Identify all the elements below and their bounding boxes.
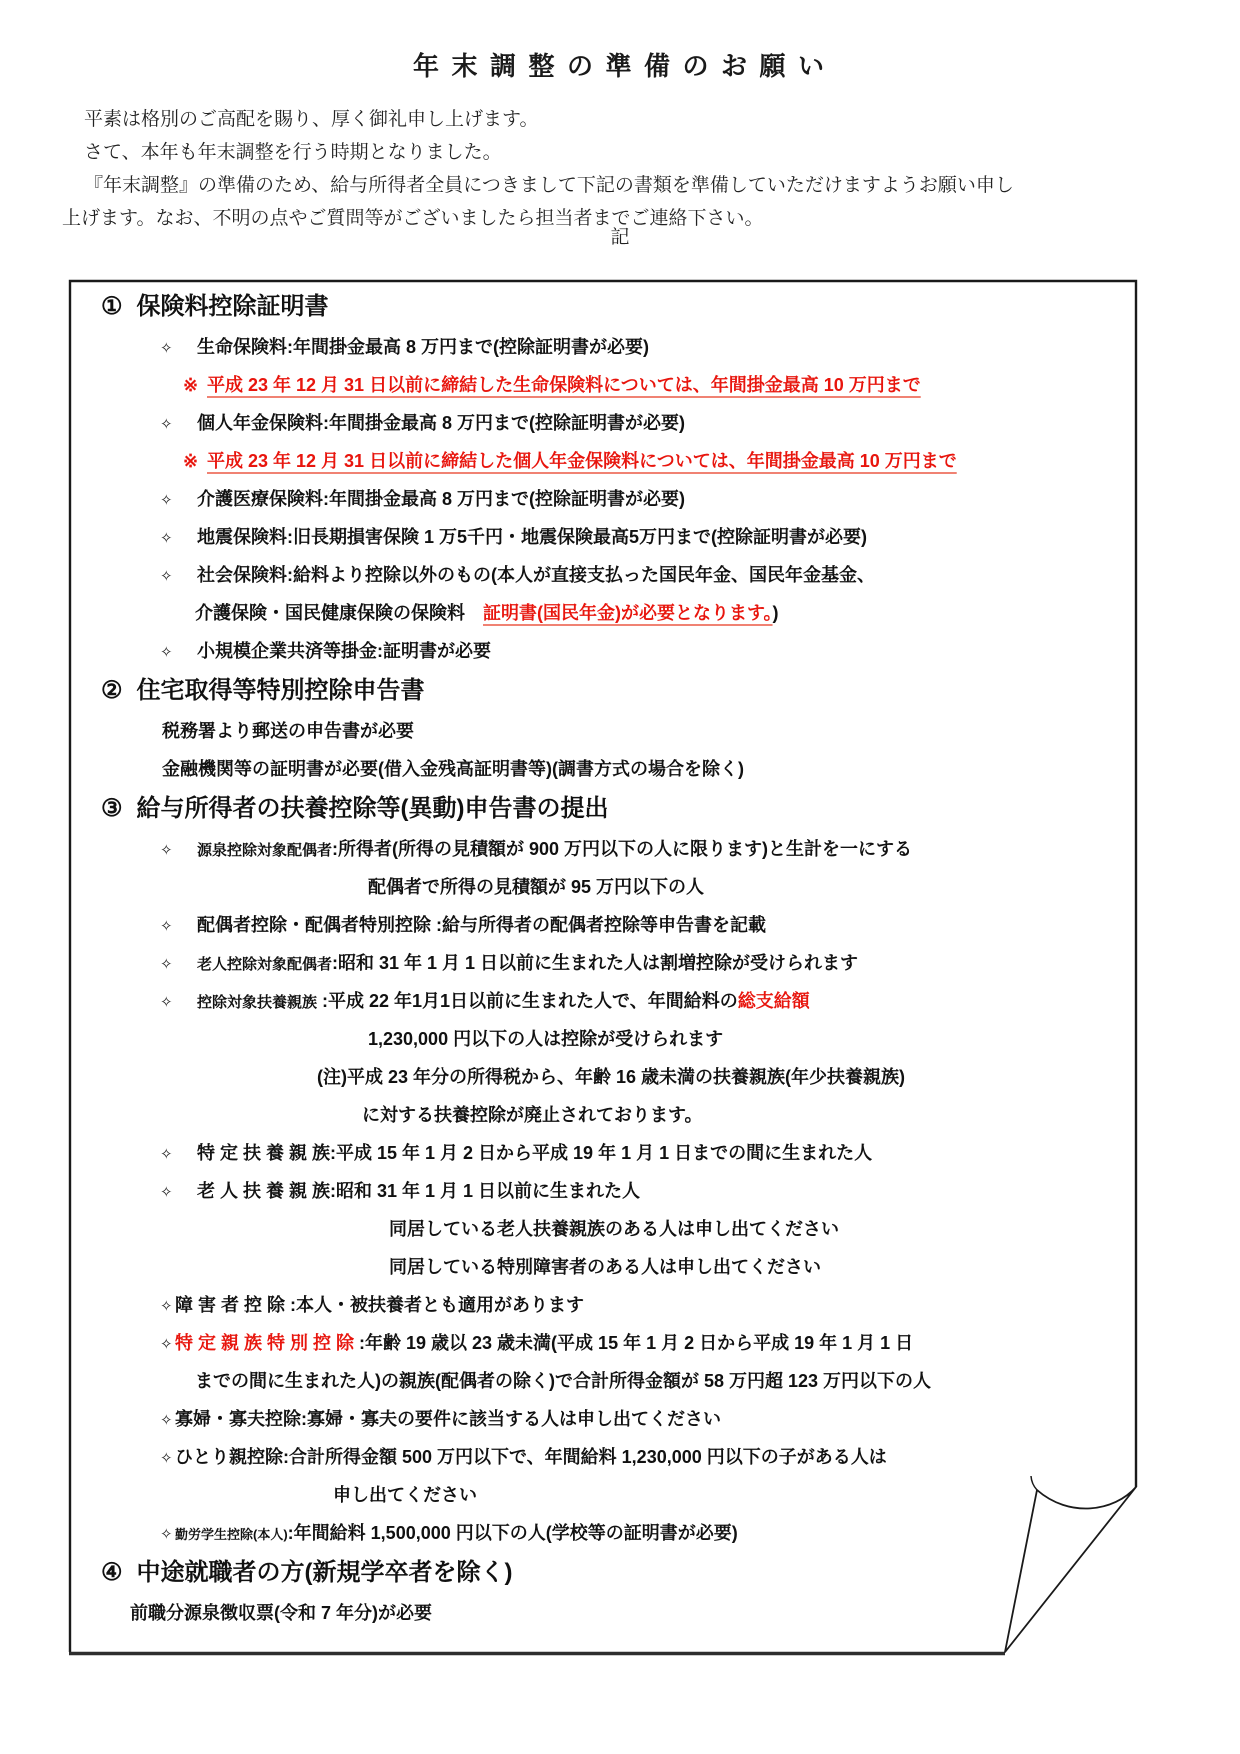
note-personal-pension: ※平成 23 年 12 月 31 日以前に締結した個人年金保険料については、年間… [69,442,1136,480]
diamond-bullet-icon: ✧ [160,908,197,946]
diamond-bullet-icon: ✧ [160,1174,197,1212]
diamond-bullet-icon: ✧ [160,1326,175,1364]
reference-mark-icon: ※ [183,366,207,404]
line-previous-job-withholding-slip: 前職分源泉徴収票(令和 7 年分)が必要 [69,1594,1136,1632]
circled-number-2: ② [101,670,123,712]
item-text-red: 証明書(国民年金)が必要となります。 [483,603,773,623]
page-title: 年 末 調 整 の 準 備 の お 願 い [0,46,1240,83]
item-dependent-relatives-note-2: に対する扶養控除が廃止されております。 [69,1096,1136,1134]
item-nursing-medical-insurance: ✧介護医療保険料:年間掛金最高 8 万円まで(控除証明書が必要) [69,480,1136,518]
diamond-bullet-icon: ✧ [160,1516,175,1554]
item-social-insurance-cont: 介護保険・国民健康保険の保険料 証明書(国民年金)が必要となります。) [69,594,1136,632]
item-dependent-relatives-cont: 1,230,000 円以下の人は控除が受けられます [69,1020,1136,1058]
item-life-insurance: ✧生命保険料:年間掛金最高 8 万円まで(控除証明書が必要) [69,328,1136,366]
diamond-bullet-icon: ✧ [160,330,197,368]
intro-line-1: 平素は格別のご高配を賜り、厚く御礼申し上げます。 [62,103,1180,136]
item-text: 小規模企業共済等掛金:証明書が必要 [197,641,491,661]
item-specified-relative-special-deduction: ✧特 定 親 族 特 別 控 除 :年齢 19 歳以 23 歳未満(平成 15 … [69,1324,1136,1362]
item-label: 老人控除対象配偶者 [197,956,332,973]
diamond-bullet-icon: ✧ [160,1288,175,1326]
item-text: 介護医療保険料:年間掛金最高 8 万円まで(控除証明書が必要) [197,489,685,509]
item-withholding-spouse-cont: 配偶者で所得の見積額が 95 万円以下の人 [69,868,1136,906]
item-text: 地震保険料:旧長期損害保険 1 万5千円・地震保険最高5万円まで(控除証明書が必… [197,527,867,547]
line-tax-office-form: 税務署より郵送の申告書が必要 [69,712,1136,750]
diamond-bullet-icon: ✧ [160,558,197,596]
line-financial-institution-certificate: 金融機関等の証明書が必要(借入金残高証明書等)(調書方式の場合を除く) [69,750,1136,788]
diamond-bullet-icon: ✧ [160,832,197,870]
item-small-business-mutual-aid: ✧小規模企業共済等掛金:証明書が必要 [69,632,1136,670]
section-1-heading: ①保険料控除証明書 [69,286,1136,328]
item-text: :所得者(所得の見積額が 900 万円以下の人に限ります)と生計を一にする [332,839,912,859]
item-text: 社会保険料:給料より控除以外のもの(本人が直接支払った国民年金、国民年金基金、 [197,565,875,585]
diamond-bullet-icon: ✧ [160,1402,175,1440]
item-text: 寡婦・寡夫控除:寡婦・寡夫の要件に該当する人は申し出てください [175,1409,721,1429]
item-dependent-relatives-note-1: (注)平成 23 年分の所得税から、年齢 16 歳未満の扶養親族(年少扶養親族) [69,1058,1136,1096]
item-text: 配偶者控除・配偶者特別控除 :給与所得者の配偶者控除等申告書を記載 [197,915,766,935]
item-label: 控除対象扶養親族 [197,994,317,1011]
item-elderly-dependent-cont-2: 同居している特別障害者のある人は申し出てください [69,1248,1136,1286]
note-text: 平成 23 年 12 月 31 日以前に締結した生命保険料については、年間掛金最… [207,375,921,395]
item-single-parent-deduction: ✧ひとり親控除:合計所得金額 500 万円以下で、年間給料 1,230,000 … [69,1438,1136,1476]
circled-number-1: ① [101,286,123,328]
item-label-red: 特 定 親 族 特 別 控 除 [175,1333,354,1353]
notice-box: ①保険料控除証明書 ✧生命保険料:年間掛金最高 8 万円まで(控除証明書が必要)… [69,280,1136,1654]
item-elderly-dependent-cont-1: 同居している老人扶養親族のある人は申し出てください [69,1210,1136,1248]
section-2-title: 住宅取得等特別控除申告書 [137,677,425,704]
item-widow-deduction: ✧寡婦・寡夫控除:寡婦・寡夫の要件に該当する人は申し出てください [69,1400,1136,1438]
item-text: ひとり親控除:合計所得金額 500 万円以下で、年間給料 1,230,000 円… [175,1447,887,1467]
item-specified-dependent: ✧特 定 扶 養 親 族:平成 15 年 1 月 2 日から平成 19 年 1 … [69,1134,1136,1172]
section-3-title: 給与所得者の扶養控除等(異動)申告書の提出 [137,795,609,822]
diamond-bullet-icon: ✧ [160,946,197,984]
item-text: 個人年金保険料:年間掛金最高 8 万円まで(控除証明書が必要) [197,413,685,433]
item-text: 介護保険・国民健康保険の保険料 [195,603,483,623]
intro-line-2: さて、本年も年末調整を行う時期となりました。 [62,136,1180,169]
item-single-parent-cont: 申し出てください [69,1476,1136,1514]
item-text: 特 定 扶 養 親 族:平成 15 年 1 月 2 日から平成 19 年 1 月… [197,1143,872,1163]
item-text: 老 人 扶 養 親 族:昭和 31 年 1 月 1 日以前に生まれた人 [197,1181,640,1201]
item-spouse-deduction: ✧配偶者控除・配偶者特別控除 :給与所得者の配偶者控除等申告書を記載 [69,906,1136,944]
item-dependent-relatives: ✧控除対象扶養親族 :平成 22 年1月1日以前に生まれた人で、年間給料の総支給… [69,982,1136,1020]
item-label: 勤労学生控除(本人) [175,1527,288,1542]
diamond-bullet-icon: ✧ [160,482,197,520]
document-page: 年 末 調 整 の 準 備 の お 願 い 平素は格別のご高配を賜り、厚く御礼申… [0,0,1240,1754]
diamond-bullet-icon: ✧ [160,406,197,444]
item-specified-relative-cont: までの間に生まれた人)の親族(配偶者の除く)で合計所得金額が 58 万円超 12… [69,1362,1136,1400]
diamond-bullet-icon: ✧ [160,520,197,558]
intro-paragraph: 平素は格別のご高配を賜り、厚く御礼申し上げます。 さて、本年も年末調整を行う時期… [62,103,1180,235]
intro-line-3: 『年末調整』の準備のため、給与所得者全員につきまして下記の書類を準備していただけ… [62,169,1180,202]
item-text-red: 総支給額 [738,991,810,1011]
section-4-heading: ④中途就職者の方(新規学卒者を除く) [69,1552,1136,1594]
item-personal-pension: ✧個人年金保険料:年間掛金最高 8 万円まで(控除証明書が必要) [69,404,1136,442]
section-1-title: 保険料控除証明書 [137,293,329,320]
item-text: :平成 22 年1月1日以前に生まれた人で、年間給料の [317,991,738,1011]
section-2-heading: ②住宅取得等特別控除申告書 [69,670,1136,712]
item-elderly-dependent: ✧老 人 扶 養 親 族:昭和 31 年 1 月 1 日以前に生まれた人 [69,1172,1136,1210]
note-text: 平成 23 年 12 月 31 日以前に締結した個人年金保険料については、年間掛… [207,451,957,471]
diamond-bullet-icon: ✧ [160,984,197,1022]
circled-number-3: ③ [101,788,123,830]
item-label: 源泉控除対象配偶者 [197,842,332,859]
record-separator: 記 [0,224,1240,252]
item-disability-deduction: ✧障 害 者 控 除 :本人・被扶養者とも適用があります [69,1286,1136,1324]
section-3-heading: ③給与所得者の扶養控除等(異動)申告書の提出 [69,788,1136,830]
item-social-insurance: ✧社会保険料:給料より控除以外のもの(本人が直接支払った国民年金、国民年金基金、 [69,556,1136,594]
item-text: :年齢 19 歳以 23 歳未満(平成 15 年 1 月 2 日から平成 19 … [354,1333,913,1353]
circled-number-4: ④ [101,1552,123,1594]
section-4-title: 中途就職者の方(新規学卒者を除く) [137,1559,513,1586]
item-earthquake-insurance: ✧地震保険料:旧長期損害保険 1 万5千円・地震保険最高5万円まで(控除証明書が… [69,518,1136,556]
item-text: :年間給料 1,500,000 円以下の人(学校等の証明書が必要) [288,1523,738,1543]
diamond-bullet-icon: ✧ [160,1136,197,1174]
note-life-insurance: ※平成 23 年 12 月 31 日以前に締結した生命保険料については、年間掛金… [69,366,1136,404]
item-text: :昭和 31 年 1 月 1 日以前に生まれた人は割増控除が受けられます [332,953,858,973]
reference-mark-icon: ※ [183,442,207,480]
item-elderly-spouse: ✧老人控除対象配偶者:昭和 31 年 1 月 1 日以前に生まれた人は割増控除が… [69,944,1136,982]
item-withholding-spouse: ✧源泉控除対象配偶者:所得者(所得の見積額が 900 万円以下の人に限ります)と… [69,830,1136,868]
diamond-bullet-icon: ✧ [160,1440,175,1478]
item-text: 障 害 者 控 除 :本人・被扶養者とも適用があります [175,1295,584,1315]
diamond-bullet-icon: ✧ [160,634,197,672]
item-working-student-deduction: ✧勤労学生控除(本人):年間給料 1,500,000 円以下の人(学校等の証明書… [69,1514,1136,1552]
item-text: 生命保険料:年間掛金最高 8 万円まで(控除証明書が必要) [197,337,649,357]
item-text: ) [773,603,779,623]
